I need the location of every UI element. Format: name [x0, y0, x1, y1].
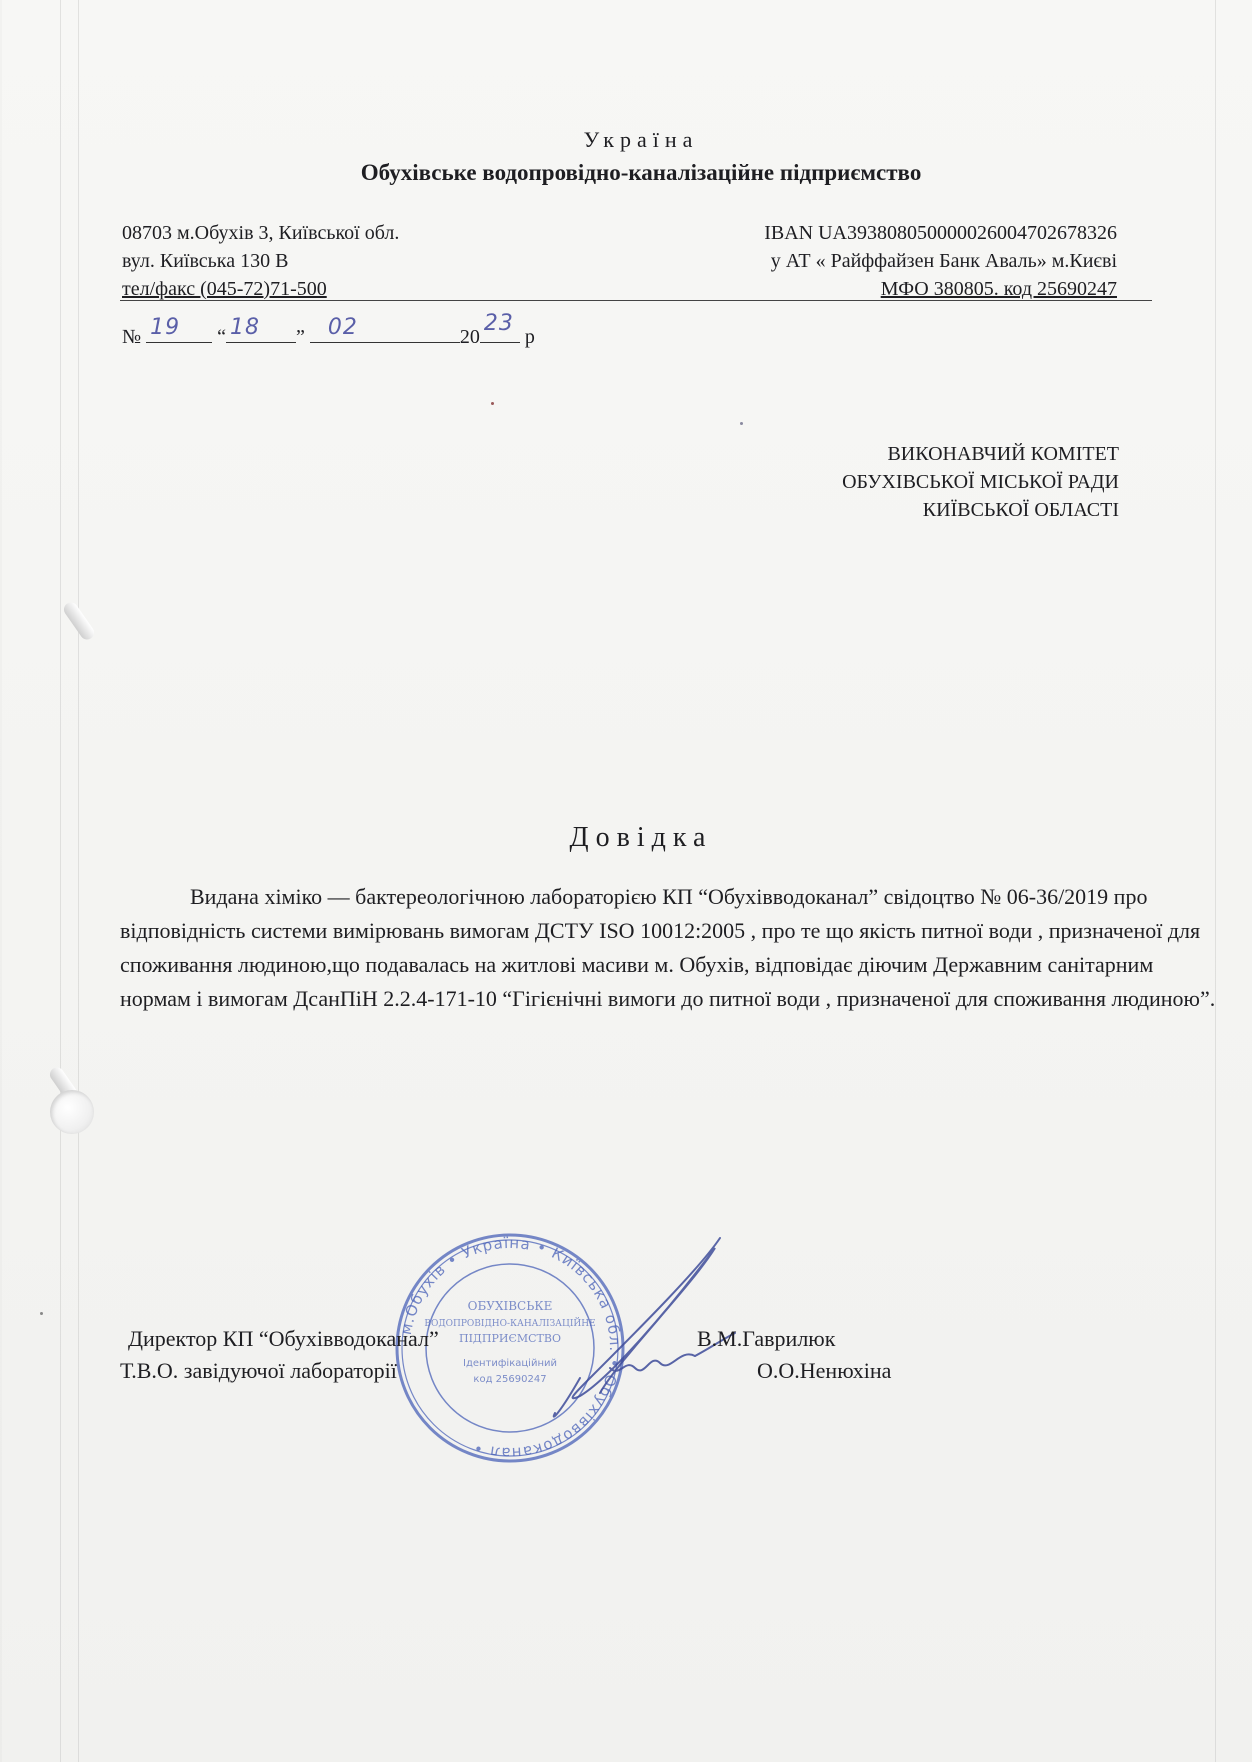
header-separator — [120, 300, 1152, 301]
handwritten-year: 23 — [484, 311, 514, 336]
scan-artifact — [60, 0, 61, 1762]
country-heading: Україна — [0, 127, 1252, 153]
scan-speck — [40, 1312, 43, 1315]
phone-fax: тел/факс (045-72)71-500 — [122, 278, 327, 301]
scan-speck — [491, 402, 494, 405]
day-field: 18 — [226, 322, 296, 343]
addressee-block: ВИКОНАВЧИЙ КОМІТЕТ ОБУХІВСЬКОЇ МІСЬКОЇ Р… — [842, 440, 1119, 524]
number-field: 19 — [146, 322, 212, 343]
scan-speck — [740, 422, 743, 425]
lab-head-position: Т.В.О. завідуючої лабораторії — [120, 1358, 397, 1384]
handwritten-day: 18 — [230, 315, 260, 340]
lab-head-name: О.О.Ненюхіна — [757, 1358, 891, 1384]
close-quote: ” — [296, 326, 305, 348]
handwritten-month: 02 — [328, 315, 358, 340]
addressee-line-1: ВИКОНАВЧИЙ КОМІТЕТ — [842, 440, 1119, 468]
handwritten-number: 19 — [150, 315, 180, 340]
certificate-body: Видана хіміко — бактереологічною лаборат… — [120, 880, 1225, 1016]
open-quote: “ — [217, 326, 226, 348]
mfo-code: МФО 380805. код 25690247 — [881, 278, 1117, 301]
registration-line: № 19 “ 18 ” 02 20 23 р — [122, 322, 535, 349]
iban: IBAN UA393808050000026004702678326 — [764, 222, 1117, 245]
punch-hole — [50, 1090, 94, 1134]
month-field: 02 — [310, 322, 460, 343]
year-field: 23 — [480, 322, 520, 343]
address-line-1: 08703 м.Обухів 3, Київської обл. — [122, 222, 399, 245]
addressee-line-2: ОБУХІВСЬКОЇ МІСЬКОЇ РАДИ — [842, 468, 1119, 496]
address-line-2: вул. Київська 130 В — [122, 250, 288, 273]
year-suffix: р — [525, 326, 535, 348]
organization-name: Обухівське водопровідно-каналізаційне пі… — [0, 160, 1252, 186]
director-position: Директор КП “Обухівводоканал” — [128, 1326, 439, 1352]
year-prefix: 20 — [460, 326, 480, 348]
director-name: В.М.Гаврилюк — [697, 1326, 835, 1352]
addressee-line-3: КИЇВСЬКОЇ ОБЛАСТІ — [842, 496, 1119, 524]
document-title: Довідка — [0, 822, 1252, 854]
number-label: № — [122, 326, 141, 348]
scan-artifact — [78, 0, 79, 1762]
bank-name: у АТ « Райффайзен Банк Аваль» м.Києві — [771, 250, 1117, 273]
